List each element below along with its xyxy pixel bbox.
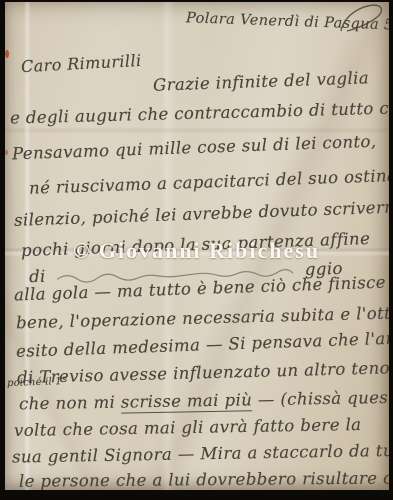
paper-stain	[5, 150, 8, 155]
letter-line: sua gentil Signora — Mira a staccarlo da…	[12, 440, 389, 466]
letter-salutation: Caro Rimurilli	[21, 51, 142, 76]
letter-line-underlined: che non mi scrisse mai più — (chissà que…	[19, 388, 389, 414]
letter-line: di Treviso avesse influenzato un altro t…	[17, 358, 389, 387]
obscured-line-start: di	[29, 267, 46, 286]
underlined-phrase: scrisse mai più	[121, 390, 253, 413]
letter-photo: Polara Venerdì di Pasqua 52 Caro Rimuril…	[0, 0, 393, 500]
letter-line: esito della medesima — Si pensava che l'…	[16, 328, 389, 361]
letter-line: né riuscivamo a capacitarci del suo osti…	[29, 165, 389, 197]
underlined-line-post: — (chissà questa	[252, 388, 389, 410]
letter-line: le persone che a lui dovrebbero risultar…	[19, 468, 389, 490]
interline-note: poiché il 1°	[7, 376, 67, 389]
letter-line: e degli auguri che contraccambio di tutt…	[10, 97, 389, 127]
letter-line: silenzio, poiché lei avrebbe dovuto scri…	[14, 197, 389, 230]
letter-line: volta che cosa mai gli avrà fatto bere l…	[14, 415, 362, 440]
paper-stain	[5, 50, 9, 58]
letter-line: Pensavamo qui mille cose sul di lei cont…	[12, 132, 377, 164]
letter-line: Grazie infinite del vaglia	[153, 68, 370, 95]
letter-line: bene, l'operazione necessaria subita e l…	[16, 303, 389, 333]
copyright-watermark: © Giovanni Ribichesu	[73, 238, 320, 264]
underlined-line-pre: che non mi	[19, 393, 121, 414]
